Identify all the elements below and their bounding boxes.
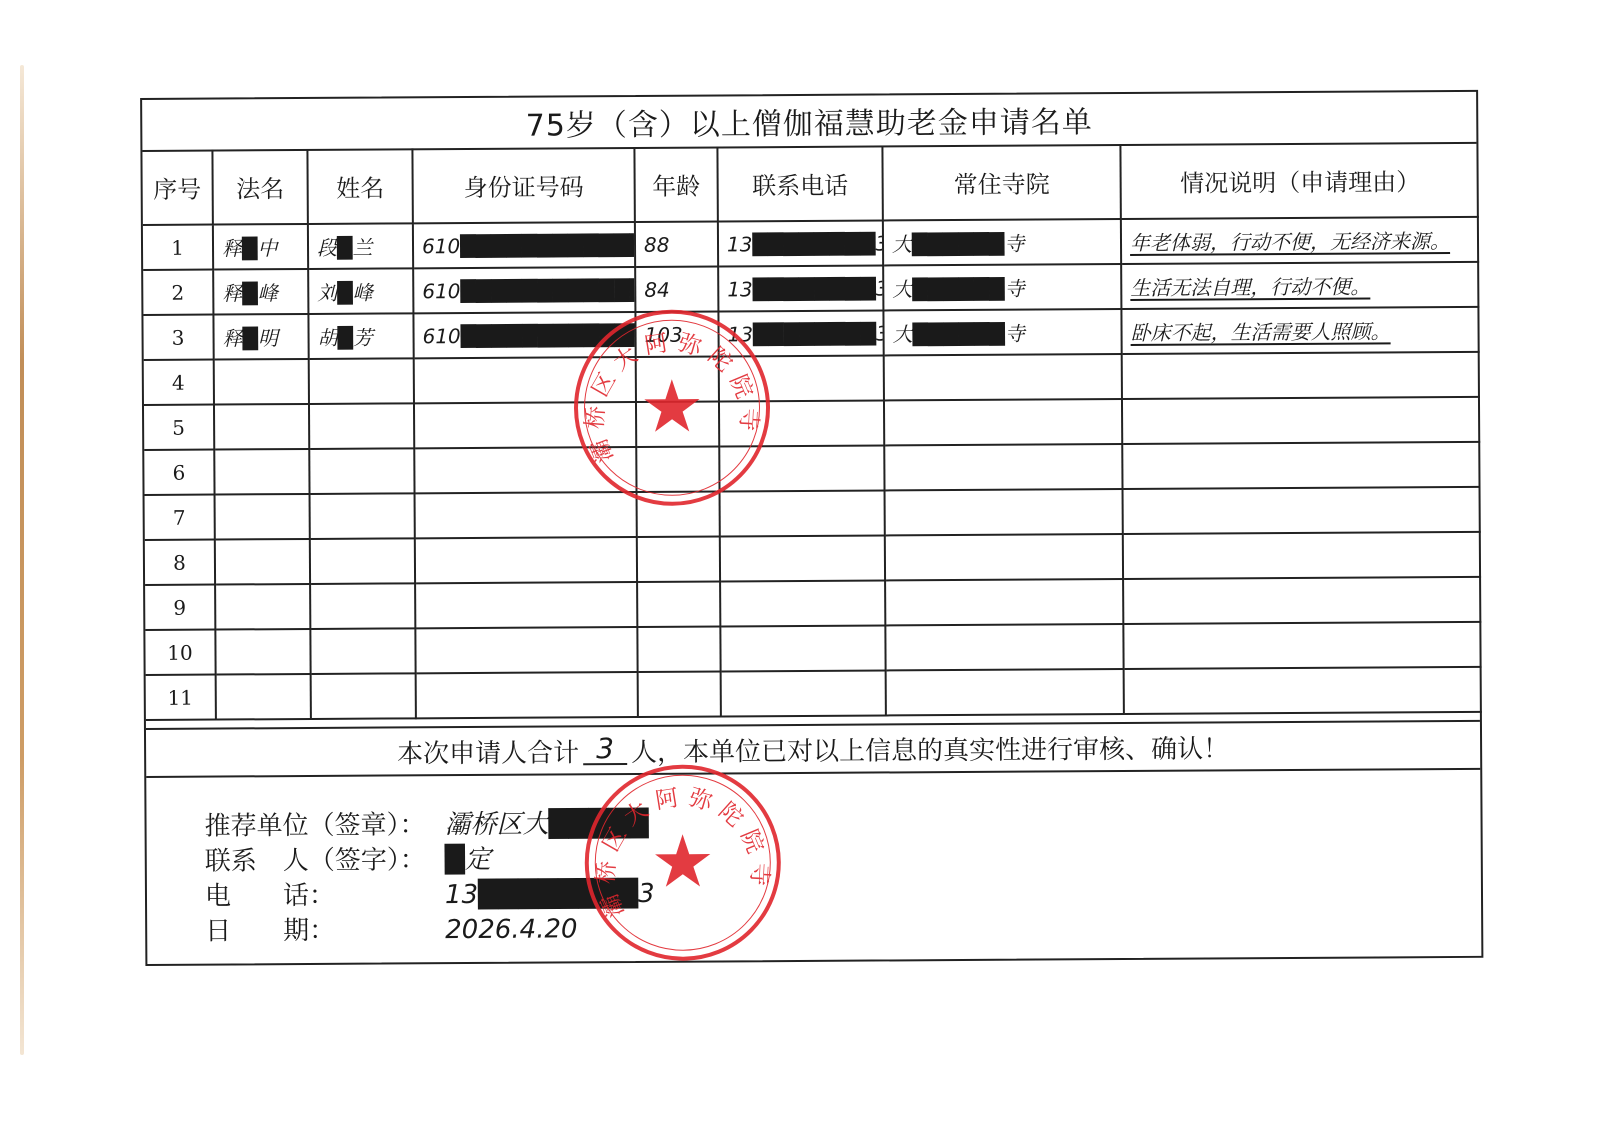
dharma-name-cell: [215, 584, 310, 630]
col-header-id: 身份证号码: [412, 147, 634, 223]
table-row: 4: [144, 352, 1480, 405]
phone-label: 电 话：: [205, 878, 445, 914]
reason-cell: [1123, 577, 1481, 624]
temple-cell: [884, 444, 1122, 490]
temple-cell: [884, 354, 1122, 400]
phone-cell: [721, 670, 886, 716]
id-number-cell: 610█████████████: [413, 267, 635, 313]
phone-cell: [720, 580, 885, 626]
applicant-table: 序号 法名 姓名 身份证号码 年龄 联系电话 常住寺院 情况说明（申请理由） 1…: [142, 142, 1481, 721]
summary-suffix: 人，本单位已对以上信息的真实性进行审核、确认！: [631, 728, 1229, 769]
age-cell: 84: [635, 266, 718, 312]
recommending-unit-label: 推荐单位（签章）：: [204, 808, 444, 844]
dharma-name-cell: 释█峰: [213, 269, 308, 315]
id-number-cell: [415, 627, 637, 673]
col-header-dharma-name: 法名: [212, 149, 307, 225]
date-row: 日 期： 2026.4.20: [205, 912, 655, 950]
row-number: 6: [144, 450, 214, 495]
phone-cell: [720, 625, 885, 671]
row-number: 4: [144, 360, 214, 405]
dharma-name-cell: [214, 404, 309, 450]
dharma-name-cell: [216, 674, 311, 720]
date-label: 日 期：: [205, 913, 445, 949]
col-header-reason: 情况说明（申请理由）: [1120, 142, 1478, 219]
dharma-name-cell: 释█中: [213, 224, 308, 270]
row-number: 8: [145, 540, 215, 585]
application-form: 75岁（含）以上僧伽福慧助老金申请名单 序号 法名 姓名 身份证号码 年龄 联系…: [140, 72, 1485, 970]
table-row: 11: [146, 667, 1482, 720]
dharma-name-cell: [214, 359, 309, 405]
row-number: 11: [146, 675, 216, 720]
age-cell: [637, 626, 720, 672]
reason-cell: [1122, 442, 1480, 489]
age-cell: [637, 581, 720, 627]
table-row: 10: [145, 622, 1481, 675]
table-row: 1释█中段█兰610████████████208813████████3大██…: [143, 217, 1479, 270]
table-header-row: 序号 法名 姓名 身份证号码 年龄 联系电话 常住寺院 情况说明（申请理由）: [142, 142, 1478, 225]
reason-cell: [1124, 667, 1482, 714]
temple-cell: [885, 534, 1123, 580]
name-cell: [310, 583, 415, 629]
reason-cell: 年老体弱，行动不便，无经济来源。: [1121, 217, 1479, 264]
name-cell: [309, 448, 414, 494]
phone-cell: 13████████3: [718, 265, 883, 311]
reason-cell: [1123, 622, 1481, 669]
dharma-name-cell: [214, 449, 309, 495]
col-header-name: 姓名: [307, 148, 412, 224]
id-number-cell: 610████████████20: [413, 222, 635, 268]
table-row: 3释█明胡█芳610█████████████10313████████3大██…: [143, 307, 1479, 360]
dharma-name-cell: [215, 494, 310, 540]
reason-cell: [1122, 397, 1480, 444]
id-number-cell: [416, 672, 638, 718]
col-header-phone: 联系电话: [717, 145, 882, 221]
applicant-count: 3: [583, 735, 627, 765]
name-cell: 段█兰: [308, 223, 413, 269]
form-frame: 75岁（含）以上僧伽福慧助老金申请名单 序号 法名 姓名 身份证号码 年龄 联系…: [140, 90, 1483, 966]
row-number: 3: [143, 315, 213, 360]
row-number: 7: [145, 495, 215, 540]
age-cell: 88: [635, 221, 718, 267]
temple-cell: [885, 579, 1123, 625]
table-row: 6: [144, 442, 1480, 495]
name-cell: 胡█芳: [308, 313, 413, 359]
id-number-cell: [415, 582, 637, 628]
name-cell: [309, 358, 414, 404]
temple-cell: [885, 489, 1123, 535]
official-seal-stamp: 灞桥区大阿弥陀院寺 ★: [573, 309, 770, 506]
name-cell: [310, 493, 415, 539]
paper-edge: [20, 65, 24, 1055]
temple-cell: [886, 669, 1124, 715]
name-cell: 刘█峰: [308, 268, 413, 314]
col-header-no: 序号: [142, 150, 212, 225]
table-row: 9: [145, 577, 1481, 630]
row-number: 5: [144, 405, 214, 450]
temple-cell: 大██████寺: [883, 264, 1121, 310]
reason-cell: [1122, 352, 1480, 399]
row-number: 1: [143, 225, 213, 270]
contact-person-label: 联系 人（签字）：: [205, 843, 445, 879]
table-row: 7: [145, 487, 1481, 540]
reason-cell: 卧床不起，生活需要人照顾。: [1121, 307, 1479, 354]
age-cell: [637, 536, 720, 582]
phone-cell: 13████████3: [718, 220, 883, 266]
temple-cell: 大██████寺: [883, 309, 1121, 355]
reason-cell: [1123, 487, 1481, 534]
table-row: 2释█峰刘█峰610█████████████8413████████3大███…: [143, 262, 1479, 315]
phone-cell: [720, 535, 885, 581]
date-value: 2026.4.20: [445, 912, 578, 948]
name-cell: [311, 673, 416, 719]
col-header-temple: 常住寺院: [882, 144, 1120, 220]
summary-prefix: 本次申请人合计: [397, 732, 579, 770]
temple-cell: [885, 624, 1123, 670]
name-cell: [310, 628, 415, 674]
temple-cell: 大██████寺: [883, 219, 1121, 265]
age-cell: [638, 671, 721, 717]
official-seal-stamp-2: 灞桥区大阿弥陀院寺 ★: [584, 764, 781, 961]
seal-star-icon: ★: [640, 370, 705, 442]
table-row: 5: [144, 397, 1480, 450]
row-number: 9: [145, 585, 215, 630]
id-number-cell: [415, 537, 637, 583]
temple-cell: [884, 399, 1122, 445]
summary-line: 本次申请人合计 3 人，本单位已对以上信息的真实性进行审核、确认！: [146, 720, 1480, 778]
dharma-name-cell: [215, 629, 310, 675]
col-header-age: 年龄: [634, 146, 717, 222]
row-number: 2: [143, 270, 213, 315]
seal-star-icon: ★: [650, 825, 715, 897]
table-row: 8: [145, 532, 1481, 585]
name-cell: [310, 538, 415, 584]
dharma-name-cell: 释█明: [213, 314, 308, 360]
reason-cell: [1123, 532, 1481, 579]
row-number: 10: [145, 630, 215, 675]
name-cell: [309, 403, 414, 449]
dharma-name-cell: [215, 539, 310, 585]
contact-person-value: █定: [445, 843, 491, 878]
reason-cell: 生活无法自理，行动不便。: [1121, 262, 1479, 309]
